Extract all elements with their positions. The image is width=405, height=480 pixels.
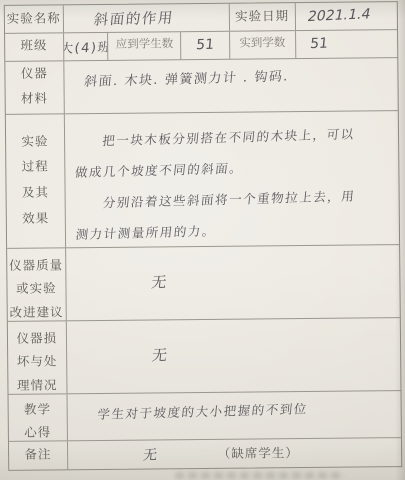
row-improvement: 仪器质量 或实验 改进建议 无 [7,245,400,322]
experiment-name-value: 斜面的作用 [93,7,175,30]
row-class-attendance: 班级 大(4)班 应到学生数 51 实到学数 51 [5,30,397,62]
remark-value-cell: 无 （缺席学生） [68,438,402,470]
cut-off-print-smudge [175,472,345,479]
row-process: 实验 过程 及其 效果 把一块木板分别搭在不同的木块上，可以 做成几个坡度不同的… [6,111,399,249]
class-value-cell: 大(4)班 [64,33,109,60]
process-value-cell: 把一块木板分别搭在不同的木块上，可以 做成几个坡度不同的斜面。 分别沿着这些斜面… [65,111,400,247]
class-label: 班级 [5,33,64,60]
actual-students-value: 51 [309,36,328,52]
experiment-name-value-cell: 斜面的作用 [63,4,229,32]
damage-label: 仪器损 坏与处 理情况 [8,321,67,394]
insight-value: 学生对于坡度的大小把握的不到位 [96,399,308,423]
expected-students-label: 应到学生数 [109,32,182,60]
actual-students-label: 实到学数 [230,31,296,59]
experiment-date-value-cell: 2021.1.4 [295,2,397,30]
actual-students-value-cell: 51 [296,30,398,58]
remark-value: 无 [142,444,159,464]
materials-value-cell: 斜面. 木块. 弹簧测力计 . 钩码. [64,58,398,113]
experiment-date-label: 实验日期 [230,3,296,31]
materials-value: 斜面. 木块. 弹簧测力计 . 钩码. [83,65,290,90]
insight-label: 教学 心得 [9,394,68,441]
row-insight: 教学 心得 学生对于坡度的大小把握的不到位 [9,391,401,442]
damage-value: 无 [151,344,170,365]
improvement-value: 无 [150,271,169,292]
damage-value-cell: 无 [67,318,401,393]
improvement-label: 仪器质量 或实验 改进建议 [7,248,66,321]
row-remark: 备注 无 （缺席学生） [9,438,401,470]
row-damage: 仪器损 坏与处 理情况 无 [8,318,401,395]
class-value: 大(4)班 [64,36,109,56]
experiment-record-form: 实验名称 斜面的作用 实验日期 2021.1.4 班级 大(4)班 应到学生数 … [4,1,402,471]
absent-students-label: （缺席学生） [218,442,299,467]
materials-label: 仪器 材料 [5,61,64,113]
process-label: 实验 过程 及其 效果 [6,114,66,248]
row-experiment-name: 实验名称 斜面的作用 实验日期 2021.1.4 [5,2,397,34]
remark-label: 备注 [9,441,68,470]
photographed-paper-background: 实验名称 斜面的作用 实验日期 2021.1.4 班级 大(4)班 应到学生数 … [0,0,405,480]
row-materials: 仪器 材料 斜面. 木块. 弹簧测力计 . 钩码. [5,58,397,115]
expected-students-value: 51 [195,37,214,53]
improvement-value-cell: 无 [66,245,400,320]
expected-students-value-cell: 51 [181,32,230,59]
experiment-name-label: 实验名称 [5,5,64,32]
experiment-date-value: 2021.1.4 [306,7,372,26]
insight-value-cell: 学生对于坡度的大小把握的不到位 [67,391,401,440]
